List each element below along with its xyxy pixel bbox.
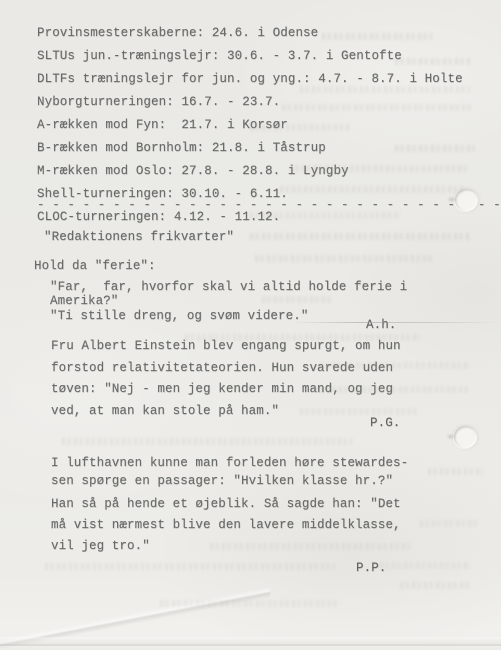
schedule-line: Provinsmesterskaberne: 24.6. i Odense: [37, 26, 463, 49]
schedule-line: SLTUs jun.-træningslejr: 30.6. - 3.7. i …: [37, 49, 463, 72]
joke-line: sen spørge en passager: "Hvilken klasse …: [51, 474, 408, 492]
punch-hole: [455, 189, 478, 211]
joke2-signature: P.G.: [370, 416, 400, 430]
punch-hole: [454, 426, 477, 448]
schedule-line: M-rækken mod Oslo: 27.8. - 28.8. i Lyngb…: [37, 164, 463, 187]
schedule-line: Nyborgturneringen: 16.7. - 23.7.: [37, 95, 463, 118]
joke-line: Fru Albert Einstein blev engang spurgt, …: [51, 339, 401, 361]
joke3-paragraph-b: Han så på hende et øjeblik. Så sagde han…: [51, 497, 401, 560]
joke-line: Han så på hende et øjeblik. Så sagde han…: [51, 497, 401, 518]
joke-line: forstod relativitetateorien. Hun svarede…: [51, 361, 401, 383]
joke-line: I lufthavnen kunne man forleden høre ste…: [51, 456, 408, 474]
joke1-signature: A.h.: [366, 318, 396, 332]
joke-line: Amerika?": [50, 294, 407, 308]
schedule-line: B-rækken mod Bornholm: 21.8. i Tåstrup: [37, 141, 463, 164]
bleed-through-smudge: [428, 468, 483, 475]
joke-line: ved, at man kan stole på ham.": [51, 404, 401, 426]
bleed-through-smudge: [62, 438, 352, 445]
joke-line: "Far, far, hvorfor skal vi altid holde f…: [50, 280, 407, 294]
bleed-through-smudge: [420, 520, 480, 527]
dashed-separator: - - - - - - - - - - - - - - - - - - - - …: [37, 198, 501, 212]
bleed-through-smudge: [380, 562, 470, 569]
joke-line: må vist nærmest blive den lavere middelk…: [51, 518, 401, 539]
joke1-quote: "Far, far, hvorfor skal vi altid holde f…: [50, 280, 407, 308]
bleed-through-smudge: [45, 563, 335, 570]
joke3-signature: P.P.: [356, 561, 386, 575]
scan-edge-shadow: [0, 637, 501, 650]
joke1-punchline: "Ti stille dreng, og svøm videre.": [50, 309, 308, 323]
scanned-newsletter-page: Provinsmesterskaberne: 24.6. i Odense SL…: [0, 0, 501, 650]
joke-line: tøven: "Nej - men jeg kender min mand, o…: [51, 382, 401, 404]
joke1-intro: Hold da "ferie":: [34, 259, 156, 273]
bleed-through-smudge: [250, 233, 470, 240]
bleed-through-smudge: [160, 600, 340, 607]
schedule-line: DLTFs træningslejr for jun. og yng.: 4.7…: [37, 72, 463, 95]
joke3-paragraph-a: I lufthavnen kunne man forleden høre ste…: [51, 456, 408, 492]
joke-line: vil jeg tro.": [51, 539, 401, 560]
schedule-line: A-rækken mod Fyn: 21.7. i Korsør: [37, 118, 463, 141]
section-title: "Redaktionens frikvarter": [44, 230, 234, 244]
bleed-through-smudge: [255, 255, 435, 262]
joke2-paragraph: Fru Albert Einstein blev engang spurgt, …: [51, 339, 401, 425]
bleed-through-smudge: [400, 582, 470, 589]
